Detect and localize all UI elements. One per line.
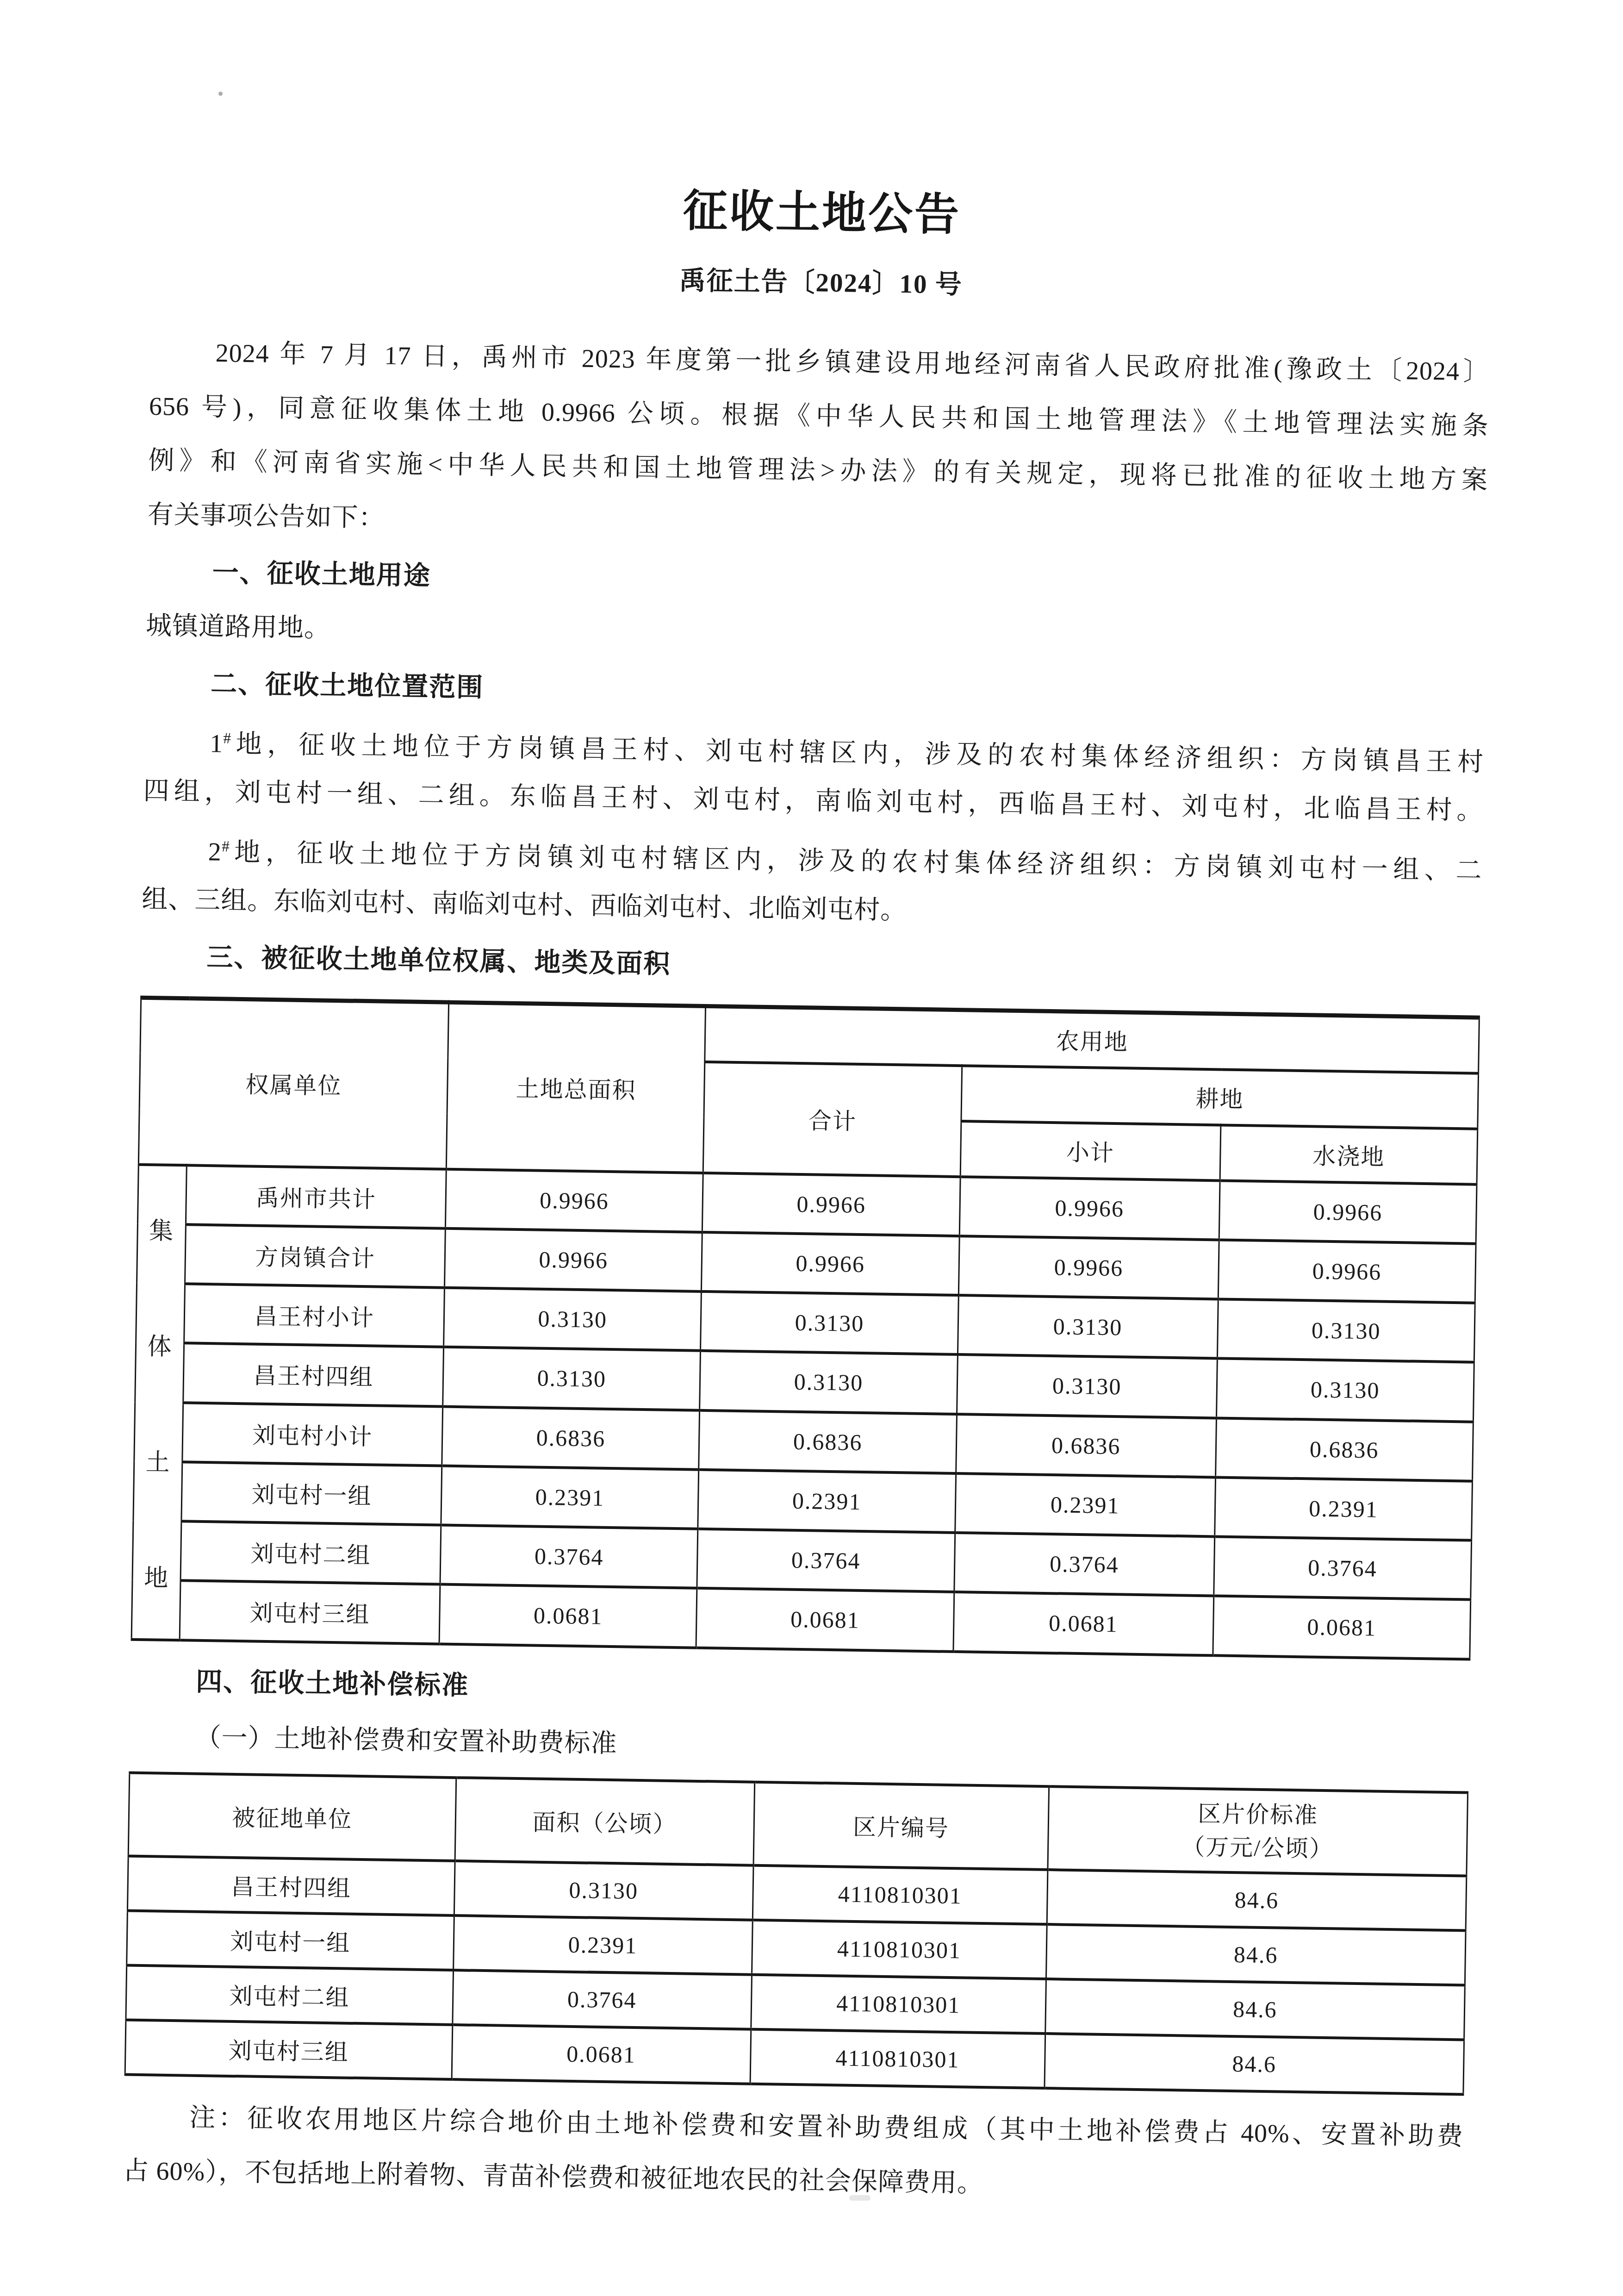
cell-value: 0.9966 bbox=[445, 1228, 703, 1291]
cell-value: 0.2391 bbox=[955, 1473, 1215, 1537]
cell-value: 0.3130 bbox=[444, 1288, 702, 1351]
vertical-label: 集 体 土 地 bbox=[132, 1170, 186, 1634]
superscript-hash: # bbox=[222, 838, 230, 855]
cell-area: 0.0681 bbox=[452, 2025, 751, 2084]
cell-price: 84.6 bbox=[1045, 1979, 1465, 2040]
cell-value: 0.3764 bbox=[440, 1525, 698, 1588]
row-name: 方岗镇合计 bbox=[185, 1224, 446, 1288]
row-name: 禹州市共计 bbox=[186, 1165, 447, 1229]
plot1-number: 1 bbox=[210, 730, 224, 758]
cell-value: 0.3130 bbox=[958, 1295, 1218, 1359]
header-area-hectares: 面积（公顷） bbox=[455, 1778, 755, 1865]
header-irrigated-land: 水浇地 bbox=[1220, 1125, 1478, 1184]
header-expropriated-unit: 被征地单位 bbox=[128, 1772, 456, 1860]
cell-block-number: 4110810301 bbox=[750, 2029, 1045, 2088]
cell-value: 0.0681 bbox=[439, 1585, 697, 1647]
intro-paragraph: 2024 年 7 月 17 日，禹州市 2023 年度第一批乡镇建设用地经河南省… bbox=[147, 325, 1490, 562]
side-char: 集 bbox=[149, 1211, 174, 1246]
cell-value: 0.3130 bbox=[700, 1351, 958, 1414]
price-header-line: （万元/公顷） bbox=[1049, 1828, 1467, 1867]
cell-value: 0.2391 bbox=[698, 1470, 956, 1533]
compensation-standard-table: 被征地单位 面积（公顷） 区片编号 区片价标准 （万元/公顷） 昌王村四组 0.… bbox=[124, 1771, 1468, 2096]
cell-value: 0.3764 bbox=[697, 1529, 955, 1592]
footnote: 注：征收农用地区片综合地价由土地补偿费和安置补助费组成（其中土地补偿费占 40%… bbox=[123, 2090, 1464, 2218]
document-number: 禹征土告〔2024〕10 号 bbox=[151, 251, 1491, 309]
cell-value: 0.3764 bbox=[1213, 1536, 1471, 1599]
cell-value: 0.9966 bbox=[1219, 1180, 1477, 1243]
row-name: 昌王村小计 bbox=[184, 1284, 445, 1347]
header-ownership-unit: 权属单位 bbox=[138, 998, 448, 1169]
cell-value: 0.0681 bbox=[953, 1592, 1214, 1655]
header-cultivated-land: 耕地 bbox=[961, 1066, 1479, 1129]
row-name: 刘屯村三组 bbox=[180, 1580, 440, 1644]
cell-value: 0.3130 bbox=[1217, 1299, 1475, 1362]
cell-value: 0.6836 bbox=[1215, 1418, 1473, 1481]
header-block-number: 区片编号 bbox=[753, 1782, 1049, 1869]
cell-area: 0.3130 bbox=[454, 1861, 753, 1920]
cell-value: 0.3130 bbox=[957, 1354, 1217, 1418]
cell-value: 0.3130 bbox=[443, 1347, 701, 1410]
cell-value: 0.3130 bbox=[1216, 1359, 1474, 1422]
scanned-notice-page: 征收土地公告 禹征土告〔2024〕10 号 2024 年 7 月 17 日，禹州… bbox=[0, 0, 1623, 2296]
document-content: 征收土地公告 禹征土告〔2024〕10 号 2024 年 7 月 17 日，禹州… bbox=[123, 161, 1492, 2218]
side-char: 体 bbox=[147, 1327, 173, 1362]
side-char: 土 bbox=[145, 1442, 171, 1478]
collective-land-side-label: 集 体 土 地 bbox=[131, 1164, 187, 1640]
scan-speck bbox=[218, 92, 223, 96]
table-header-row: 权属单位 土地总面积 农用地 bbox=[140, 998, 1479, 1073]
header-block-price-standard: 区片价标准 （万元/公顷） bbox=[1048, 1786, 1468, 1876]
page-title: 征收土地公告 bbox=[152, 168, 1492, 251]
side-char: 地 bbox=[144, 1558, 169, 1593]
cell-area: 0.3764 bbox=[452, 1970, 752, 2029]
cell-value: 0.9966 bbox=[446, 1169, 703, 1232]
cell-value: 0.9966 bbox=[702, 1232, 959, 1295]
price-header-line: 区片价标准 bbox=[1049, 1795, 1467, 1834]
cell-value: 0.3764 bbox=[954, 1533, 1214, 1596]
row-unit: 刘屯村三组 bbox=[125, 2020, 452, 2079]
superscript-hash: # bbox=[223, 730, 231, 747]
row-name: 刘屯村小计 bbox=[182, 1403, 443, 1466]
cell-price: 84.6 bbox=[1046, 1924, 1466, 1985]
cell-price: 84.6 bbox=[1045, 2034, 1464, 2094]
header-small-subtotal: 小计 bbox=[960, 1121, 1221, 1180]
row-unit: 刘屯村一组 bbox=[127, 1910, 454, 1970]
cell-value: 0.9966 bbox=[1218, 1240, 1476, 1303]
cell-block-number: 4110810301 bbox=[751, 1974, 1046, 2033]
cell-area: 0.2391 bbox=[453, 1915, 752, 1975]
cell-value: 0.2391 bbox=[441, 1466, 699, 1529]
cell-value: 0.9966 bbox=[703, 1173, 960, 1235]
cell-value: 0.0681 bbox=[696, 1588, 954, 1651]
cell-value: 0.6836 bbox=[956, 1414, 1216, 1478]
cell-value: 0.9966 bbox=[958, 1236, 1219, 1299]
row-name: 昌王村四组 bbox=[183, 1343, 444, 1407]
cell-value: 0.2391 bbox=[1214, 1477, 1472, 1540]
row-unit: 昌王村四组 bbox=[127, 1856, 454, 1915]
cell-value: 0.0681 bbox=[1213, 1596, 1471, 1659]
cell-value: 0.6836 bbox=[442, 1406, 700, 1469]
cell-block-number: 4110810301 bbox=[752, 1920, 1047, 1978]
header-total-area: 土地总面积 bbox=[446, 1002, 706, 1173]
land-ownership-area-table: 权属单位 土地总面积 农用地 合计 耕地 小计 水浇地 集 体 土 地 bbox=[131, 996, 1480, 1660]
cell-value: 0.6836 bbox=[699, 1410, 957, 1473]
cell-block-number: 4110810301 bbox=[752, 1865, 1048, 1924]
header-subtotal: 合计 bbox=[703, 1061, 962, 1176]
cell-value: 0.9966 bbox=[959, 1177, 1220, 1240]
row-name: 刘屯村二组 bbox=[180, 1521, 441, 1585]
plot2-number: 2 bbox=[208, 838, 222, 867]
cell-price: 84.6 bbox=[1047, 1870, 1467, 1930]
row-name: 刘屯村一组 bbox=[181, 1462, 442, 1525]
row-unit: 刘屯村二组 bbox=[126, 1965, 453, 2024]
cell-value: 0.3130 bbox=[701, 1291, 958, 1354]
